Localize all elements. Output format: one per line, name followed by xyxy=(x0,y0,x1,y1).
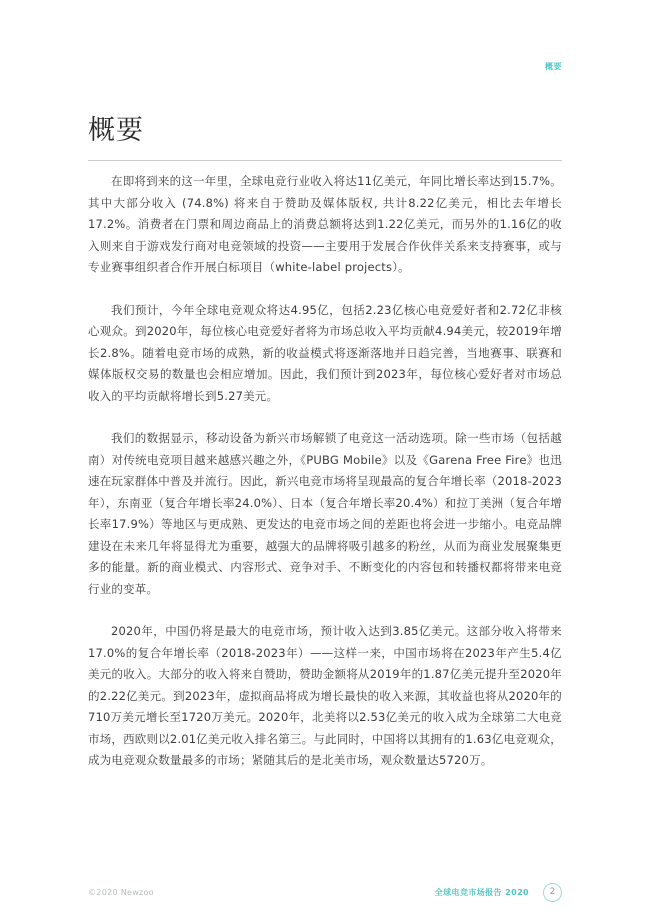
footer-copyright: ©2020 Newzoo xyxy=(88,888,154,897)
page-title: 概要 xyxy=(88,0,562,147)
document-page: 概要 概要 在即将到来的这一年里，全球电竞行业收入将达11亿美元，年同比增长率达… xyxy=(0,0,650,919)
page-number-badge: 2 xyxy=(543,883,562,902)
paragraph-2: 我们预计，今年全球电竞观众将达4.95亿，包括2.23亿核心电竞爱好者和2.72… xyxy=(88,300,562,408)
paragraph-1: 在即将到来的这一年里，全球电竞行业收入将达11亿美元，年同比增长率达到15.7%… xyxy=(88,171,562,279)
page-footer: ©2020 Newzoo 全球电竞市场报告 2020 2 xyxy=(88,882,562,902)
footer-report-title: 全球电竞市场报告 2020 xyxy=(435,887,529,898)
paragraph-4: 2020年，中国仍将是最大的电竞市场，预计收入达到3.85亿美元。这部分收入将带… xyxy=(88,621,562,772)
page-content: 概要 在即将到来的这一年里，全球电竞行业收入将达11亿美元，年同比增长率达到15… xyxy=(88,0,562,793)
body-text: 在即将到来的这一年里，全球电竞行业收入将达11亿美元，年同比增长率达到15.7%… xyxy=(88,171,562,772)
title-divider xyxy=(88,160,562,161)
footer-right-group: 全球电竞市场报告 2020 2 xyxy=(435,883,562,902)
paragraph-3: 我们的数据显示，移动设备为新兴市场解锁了电竞这一活动选项。除一些市场（包括越南）… xyxy=(88,428,562,600)
